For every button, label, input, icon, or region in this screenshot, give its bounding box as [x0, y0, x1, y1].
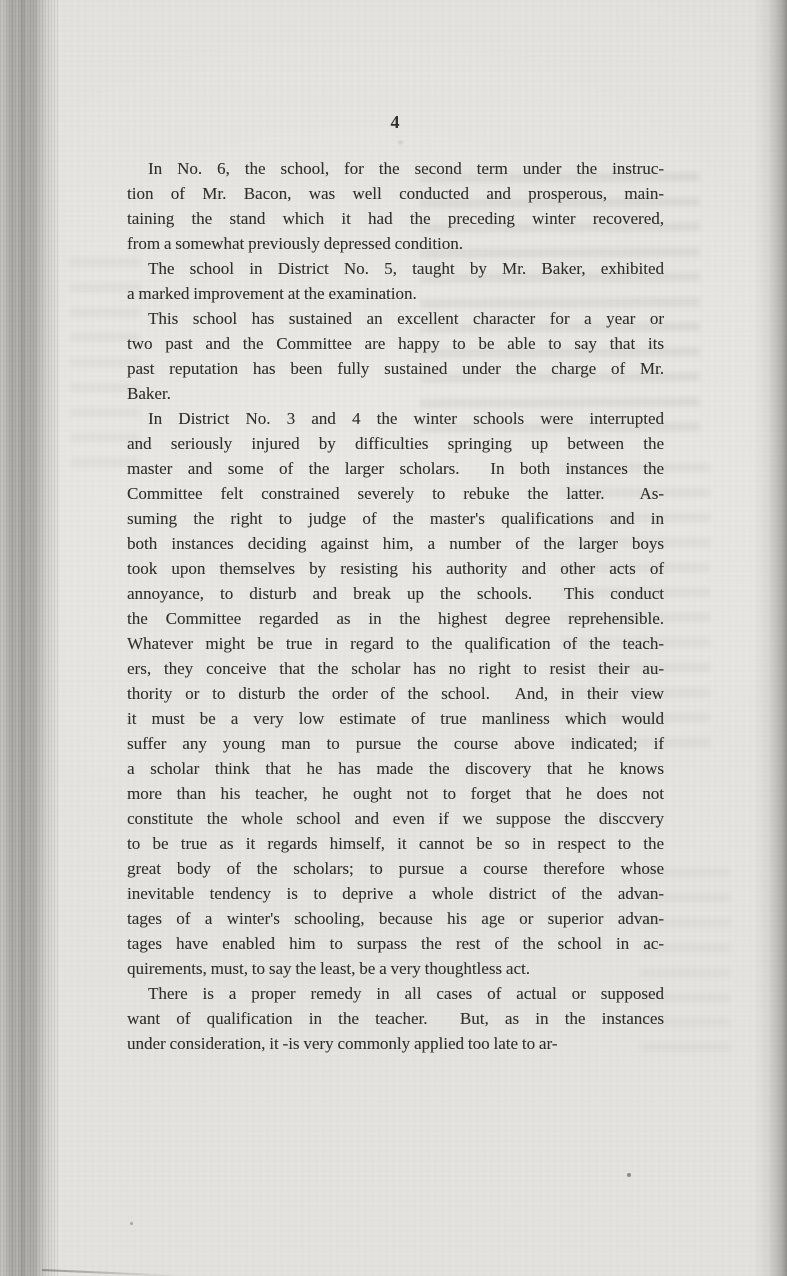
text-line: both instances deciding against him, a n…: [127, 531, 664, 556]
page-right-edge-shadow: [753, 0, 787, 1276]
text-line: suffer any young man to pursue the cours…: [127, 731, 664, 756]
text-line: Committee felt constrained severely to r…: [127, 481, 664, 506]
text-line: tages have enabled him to surpass the re…: [127, 931, 664, 956]
paragraph: There is a proper remedy in all cases of…: [127, 981, 664, 1056]
page-body-text: In No. 6, the school, for the second ter…: [127, 156, 664, 1056]
paper-speck: [398, 141, 403, 144]
text-line: tages of a winter's schooling, because h…: [127, 906, 664, 931]
text-line: The school in District No. 5, taught by …: [127, 256, 664, 281]
paragraph: The school in District No. 5, taught by …: [127, 256, 664, 306]
text-line: it must be a very low estimate of true m…: [127, 706, 664, 731]
text-line: This school has sustained an excellent c…: [127, 306, 664, 331]
text-line: inevitable tendency is to deprive a whol…: [127, 881, 664, 906]
text-line: annoyance, to disturb and break up the s…: [127, 581, 664, 606]
text-line: Baker.: [127, 381, 664, 406]
text-line: the Committee regarded as in the highest…: [127, 606, 664, 631]
paragraph: In No. 6, the school, for the second ter…: [127, 156, 664, 256]
text-line: past reputation has been fully sustained…: [127, 356, 664, 381]
text-line: took upon themselves by resisting his au…: [127, 556, 664, 581]
scanned-book-page: 4 In No. 6, the school, for the second t…: [0, 0, 787, 1276]
paper-speck: [627, 1173, 631, 1177]
text-line: a marked improvement at the examination.: [127, 281, 664, 306]
text-line: and seriously injured by difficulties sp…: [127, 431, 664, 456]
text-line: thority or to disturb the order of the s…: [127, 681, 664, 706]
paragraph: This school has sustained an excellent c…: [127, 306, 664, 406]
text-line: ers, they conceive that the scholar has …: [127, 656, 664, 681]
text-line: want of qualification in the teacher. Bu…: [127, 1006, 664, 1031]
text-line: taining the stand which it had the prece…: [127, 206, 664, 231]
text-line: great body of the scholars; to pursue a …: [127, 856, 664, 881]
text-line: under consideration, it -is very commonl…: [127, 1031, 664, 1056]
text-line: more than his teacher, he ought not to f…: [127, 781, 664, 806]
book-binding-edge: [0, 0, 60, 1276]
text-line: In No. 6, the school, for the second ter…: [127, 156, 664, 181]
text-line: quirements, must, to say the least, be a…: [127, 956, 664, 981]
text-line: constitute the whole school and even if …: [127, 806, 664, 831]
paragraph: In District No. 3 and 4 the winter schoo…: [127, 406, 664, 981]
text-line: master and some of the larger scholars. …: [127, 456, 664, 481]
text-line: In District No. 3 and 4 the winter schoo…: [127, 406, 664, 431]
text-line: to be true as it regards himself, it can…: [127, 831, 664, 856]
text-line: two past and the Committee are happy to …: [127, 331, 664, 356]
text-line: tion of Mr. Bacon, was well conducted an…: [127, 181, 664, 206]
page-corner-edge: [42, 1269, 182, 1276]
paper-speck: [130, 1222, 133, 1225]
text-line: a scholar think that he has made the dis…: [127, 756, 664, 781]
text-line: Whatever might be true in regard to the …: [127, 631, 664, 656]
page-number: 4: [127, 112, 664, 133]
text-line: There is a proper remedy in all cases of…: [127, 981, 664, 1006]
text-line: from a somewhat previously depressed con…: [127, 231, 664, 256]
text-line: suming the right to judge of the master'…: [127, 506, 664, 531]
